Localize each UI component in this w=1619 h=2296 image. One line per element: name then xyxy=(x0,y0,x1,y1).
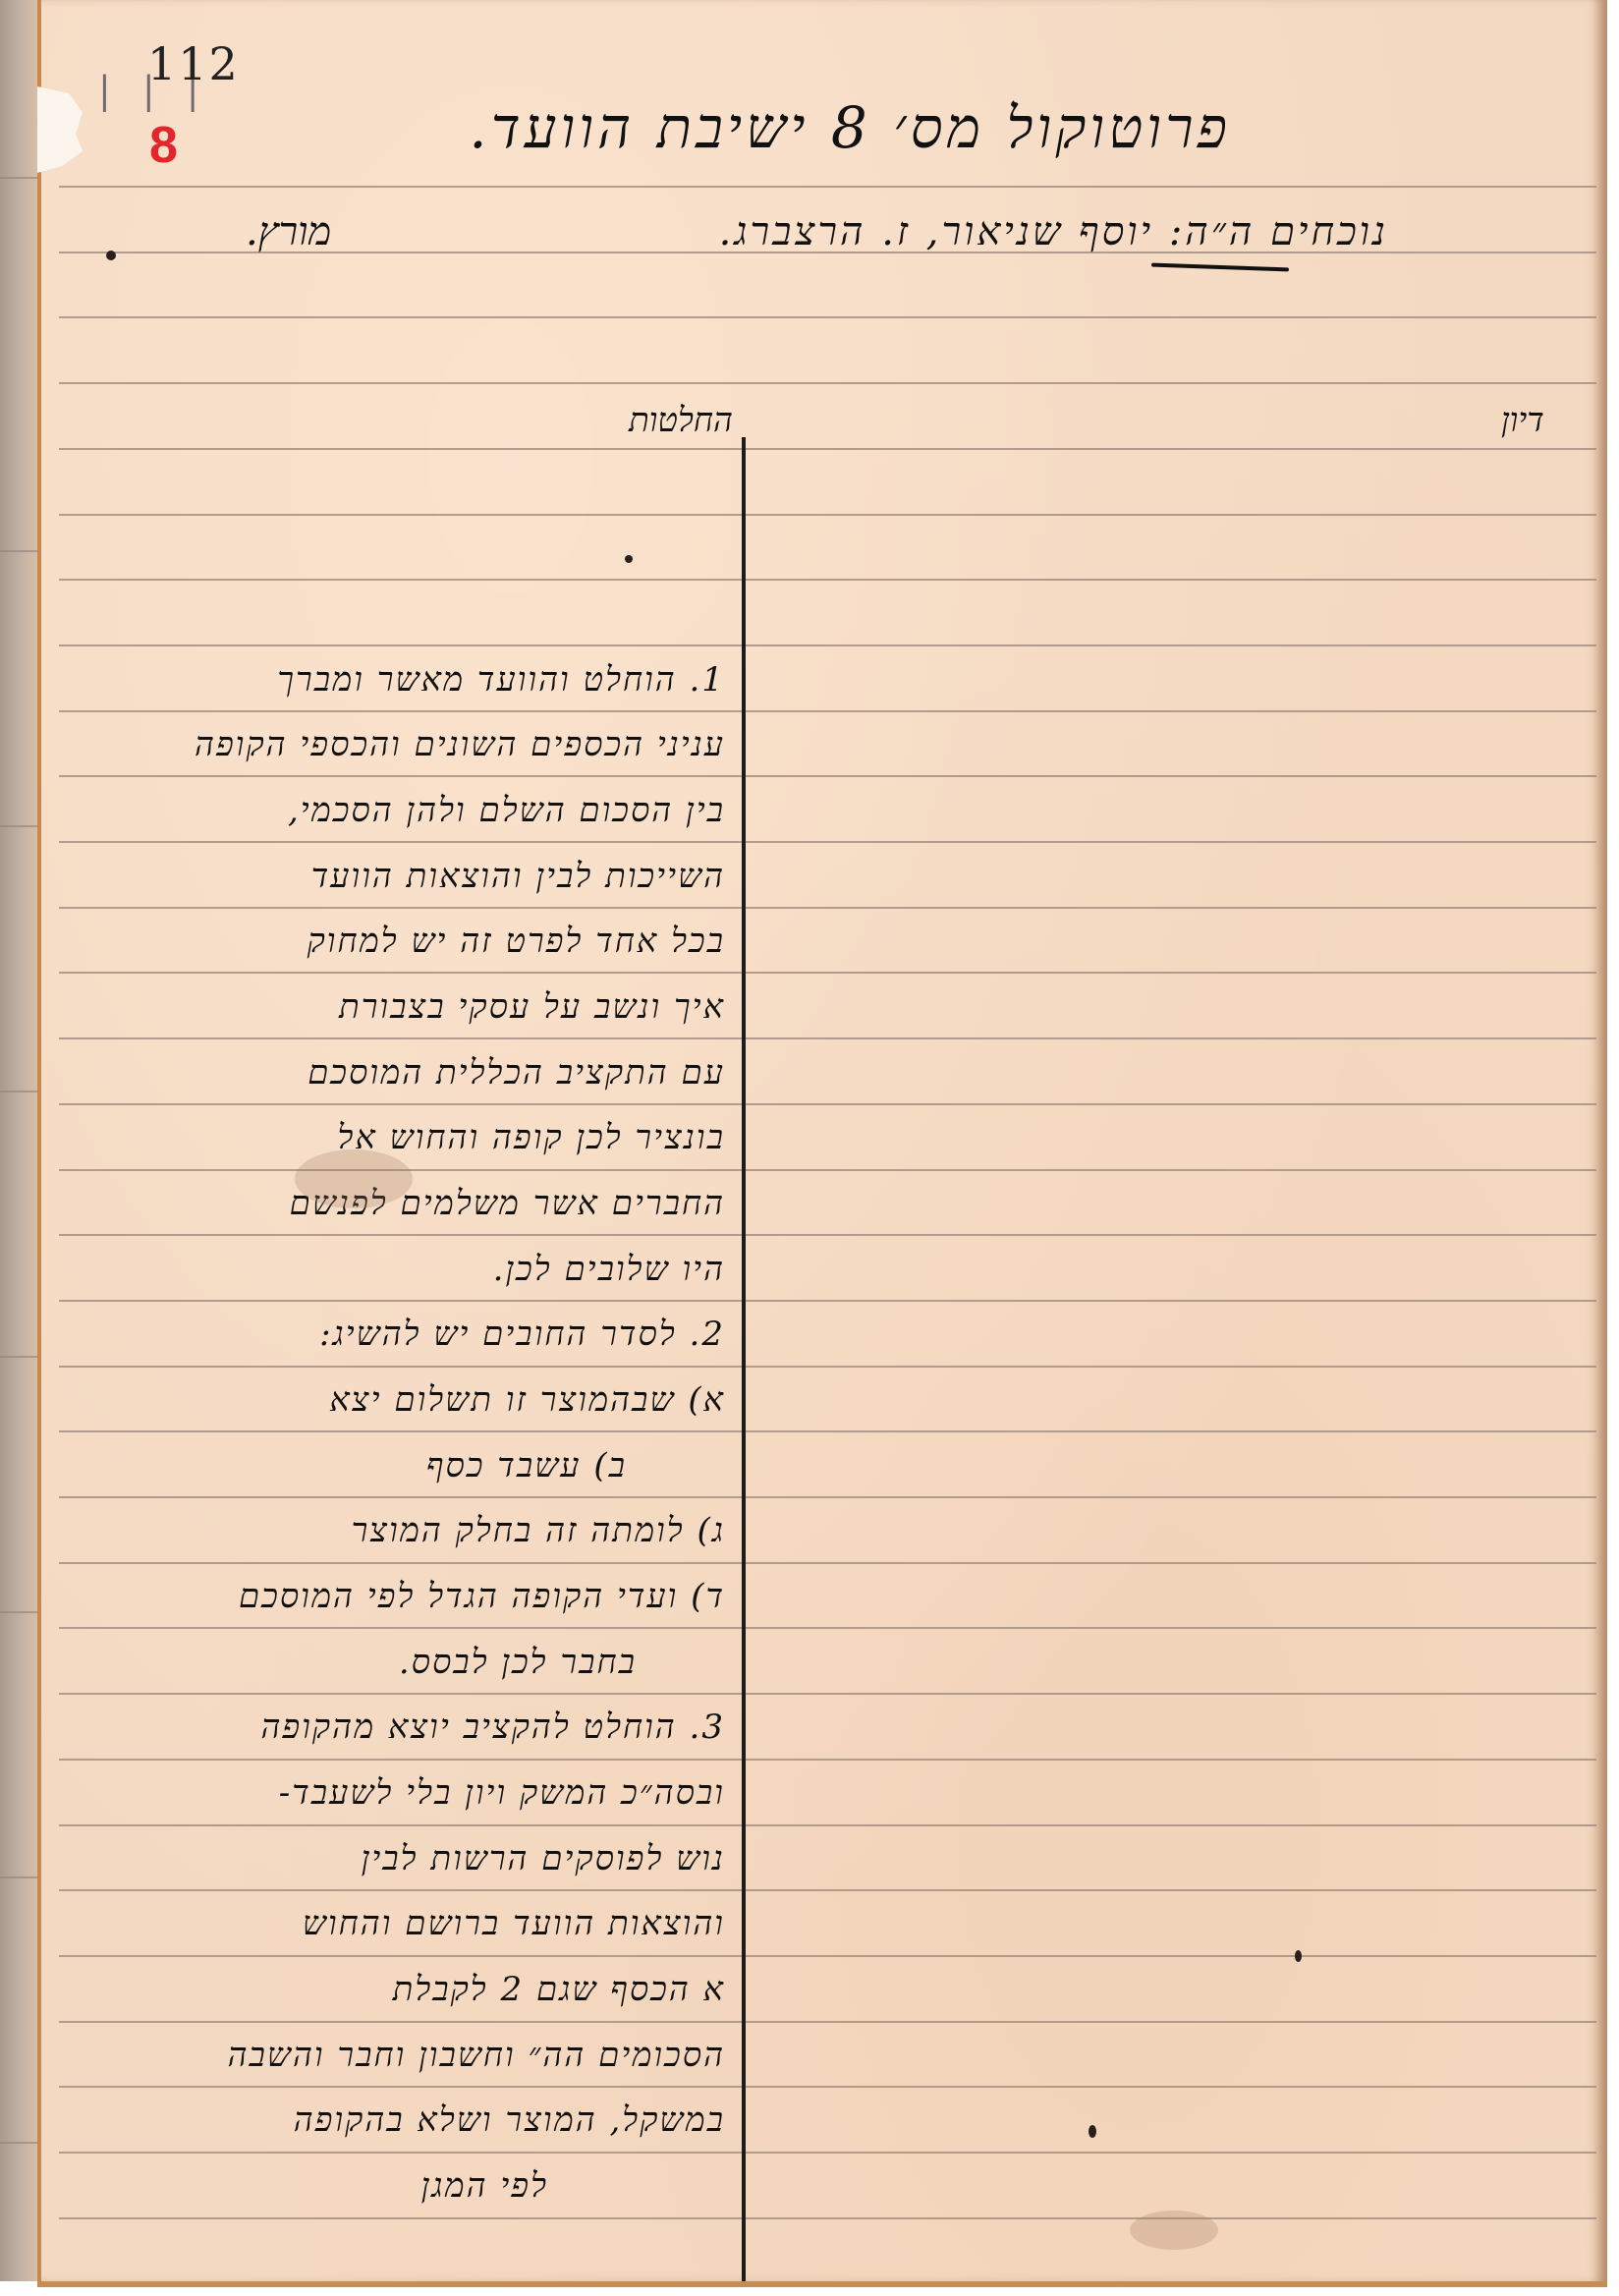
archive-stamp-number: 112 xyxy=(147,37,240,90)
ruled-line xyxy=(59,972,1596,974)
body-line: והוצאות הוועד ברושם והחוש xyxy=(303,1904,725,1943)
attendees-line: נוכחים ה״ה: יוסף שניאור, ז. הרצברג. xyxy=(719,208,1388,254)
ruled-line xyxy=(59,1234,1596,1236)
ruled-line xyxy=(59,907,1596,909)
ruled-line xyxy=(59,2152,1596,2154)
ruled-line xyxy=(59,1627,1596,1629)
ruled-line xyxy=(59,1693,1596,1695)
ruled-line xyxy=(59,1430,1596,1432)
ruled-line xyxy=(59,775,1596,777)
body-line: הסכומים הה״ וחשבון וחבר והשבה xyxy=(228,2036,725,2075)
body-line: 3. הוחלט להקציב יוצא מהקופה xyxy=(260,1708,725,1747)
body-line: א הכסף שגם 2 לקבלת xyxy=(393,1970,725,2009)
ruled-line xyxy=(59,382,1596,384)
body-line: בין הסכום השלם ולהן הסכמי, xyxy=(288,791,725,830)
ruled-line xyxy=(59,1169,1596,1171)
body-line: לפי המגן xyxy=(421,2166,548,2206)
decisions-column-header: החלטות xyxy=(629,401,733,440)
body-line: ד) ועדי הקופה הגדל לפי המוסכם xyxy=(239,1577,725,1616)
ruled-line xyxy=(59,448,1596,450)
body-line: בונציר לכן קופה והחוש אל xyxy=(338,1118,725,1157)
adjacent-page-edge xyxy=(0,0,39,2281)
ink-speck xyxy=(625,555,633,563)
ruled-line xyxy=(59,2086,1596,2088)
body-line: היו שלובים לכן. xyxy=(493,1250,725,1289)
body-line: במשקל, המוצר ושלא בהקופה xyxy=(294,2100,725,2140)
ruled-line xyxy=(59,1955,1596,1957)
page-title: פרוטוקול מס׳ 8 ישיבת הוועד. xyxy=(469,94,1231,161)
ink-speck xyxy=(1089,2125,1096,2138)
body-line: ג) לומתה זה בחלק המוצר xyxy=(352,1511,725,1550)
ruled-line xyxy=(59,1496,1596,1498)
ruled-line xyxy=(59,1366,1596,1368)
notebook-page xyxy=(37,0,1607,2287)
ruled-line xyxy=(59,579,1596,581)
attendees-extra: מורץ. xyxy=(246,208,331,254)
body-line: עם התקציב הכללית המוסכם xyxy=(307,1053,725,1092)
ruled-line xyxy=(59,1103,1596,1105)
body-line: בכל אחד לפרט זה יש למחוק xyxy=(307,922,725,961)
ruled-line xyxy=(59,1037,1596,1039)
ruled-line xyxy=(59,2217,1596,2219)
body-line: ובסה״כ המשק ויון בלי לשעבד- xyxy=(279,1773,725,1813)
ruled-line xyxy=(59,644,1596,646)
paper-stain xyxy=(1130,2211,1218,2250)
body-line: השייכות לבין והוצאות הוועד xyxy=(311,857,725,896)
paper-stain xyxy=(295,1149,413,1208)
ruled-line xyxy=(59,2021,1596,2023)
body-line: א) שבהמוצר זו תשלום יצא xyxy=(329,1380,725,1420)
column-divider xyxy=(742,437,746,2281)
ruled-line xyxy=(59,514,1596,516)
ruled-line xyxy=(59,1824,1596,1826)
ruled-line xyxy=(59,316,1596,318)
folio-number: 8 xyxy=(149,116,178,175)
body-line: ב) עשבד כסף xyxy=(426,1446,627,1485)
body-line: בחבר לכן לבסס. xyxy=(399,1643,637,1682)
ruled-line xyxy=(59,710,1596,712)
body-line: 1. הוחלט והוועד מאשר ומברך xyxy=(277,660,725,700)
body-line: איך ונשב על עסקי בצבורת xyxy=(339,987,725,1027)
body-line: עניני הכספים השונים והכספי הקופה xyxy=(195,725,725,764)
ruled-line xyxy=(59,1889,1596,1891)
ruled-line xyxy=(59,1759,1596,1761)
ruled-line xyxy=(59,186,1596,188)
discussion-column-header: דיון xyxy=(1501,401,1544,440)
ruled-line xyxy=(59,1300,1596,1302)
ink-speck xyxy=(106,251,116,260)
body-line: נוש לפוסקים הרשות לבין xyxy=(362,1839,725,1878)
ink-speck xyxy=(1295,1950,1302,1962)
body-line: 2. לסדר החובים יש להשיג: xyxy=(319,1315,725,1354)
ruled-line xyxy=(59,841,1596,843)
ruled-line xyxy=(59,1562,1596,1564)
